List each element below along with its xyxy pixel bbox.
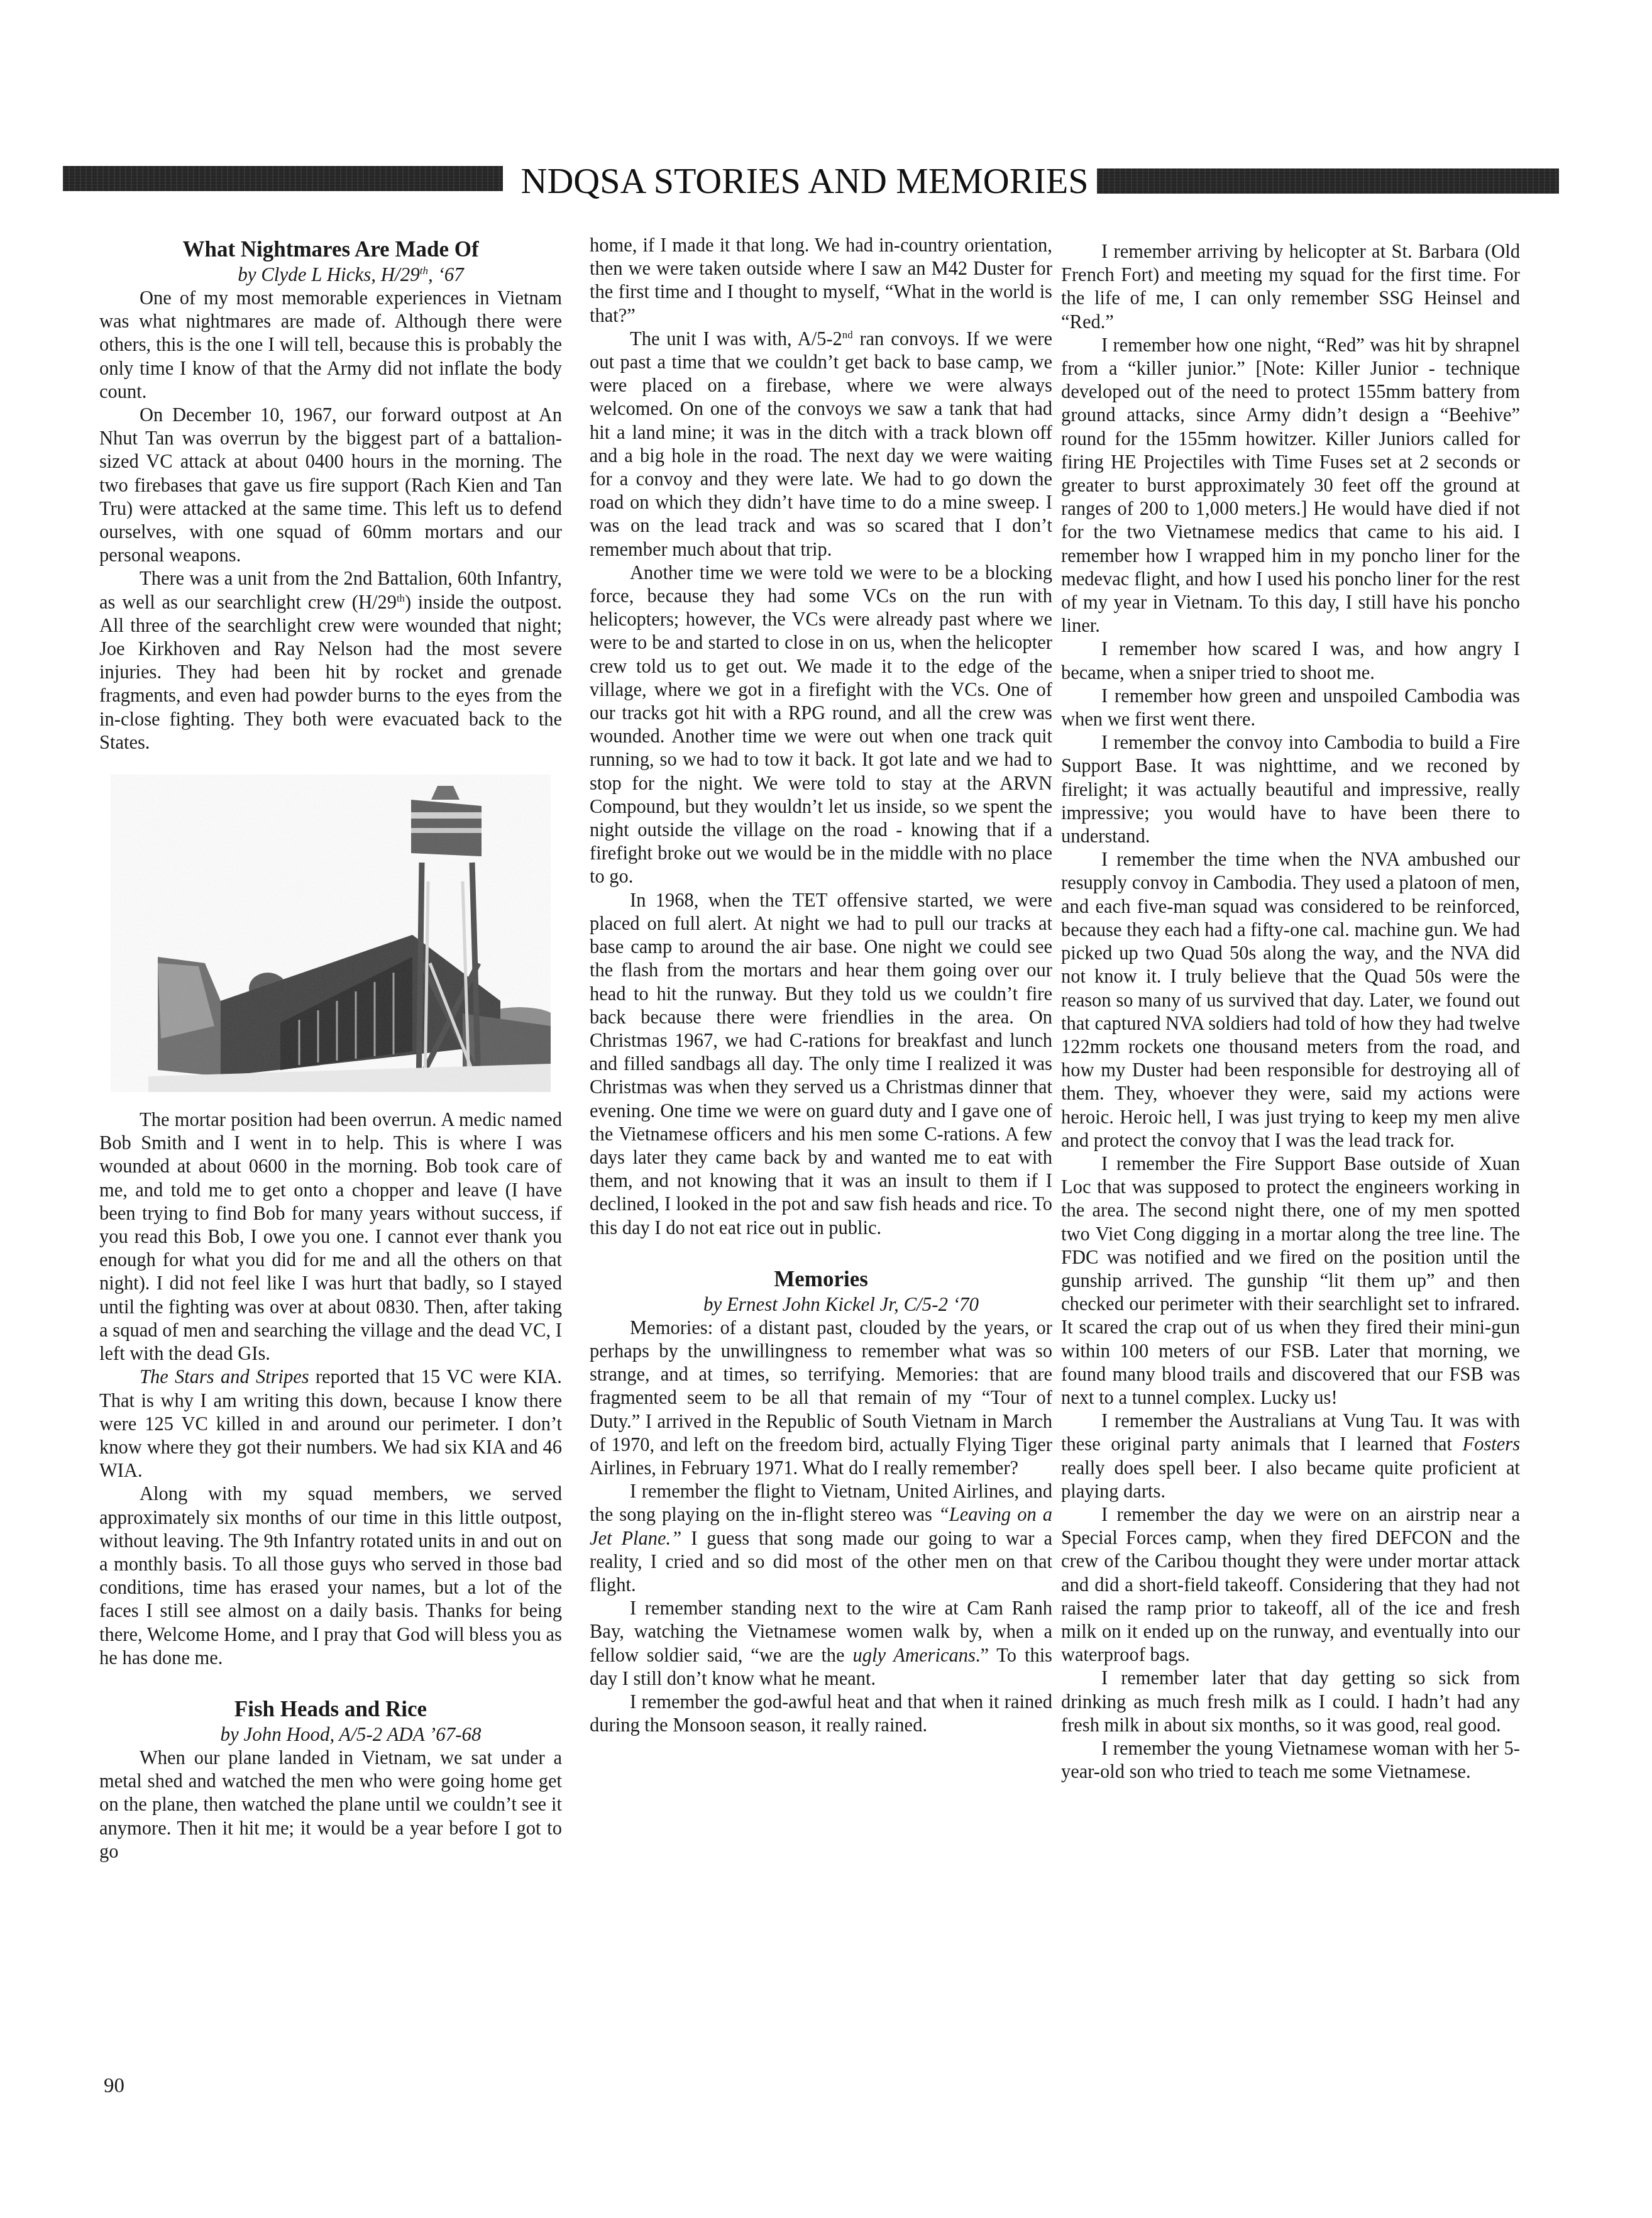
paragraph: The Stars and Stripes reported that 15 V… xyxy=(99,1366,562,1482)
section-header: NDQSA STORIES AND MEMORIES xyxy=(63,161,1559,199)
story-title: Memories xyxy=(590,1266,1052,1293)
paragraph: I remember how scared I was, and how ang… xyxy=(1061,637,1520,684)
paragraph: I remember arriving by helicopter at St.… xyxy=(1061,240,1520,334)
paragraph: On December 10, 1967, our forward outpos… xyxy=(99,404,562,567)
paragraph: I remember the Fire Support Base outside… xyxy=(1061,1152,1520,1410)
paragraph: One of my most memorable experiences in … xyxy=(99,287,562,404)
paragraph: There was a unit from the 2nd Battalion,… xyxy=(99,567,562,754)
header-bar-left xyxy=(63,166,503,191)
column-3: I remember arriving by helicopter at St.… xyxy=(1061,240,1520,1784)
section-title: NDQSA STORIES AND MEMORIES xyxy=(515,161,1094,201)
paragraph: When our plane landed in Vietnam, we sat… xyxy=(99,1746,562,1863)
photo-icon xyxy=(111,775,551,1092)
paragraph: I remember the convoy into Cambodia to b… xyxy=(1061,731,1520,848)
page-number: 90 xyxy=(104,2075,124,2098)
paragraph: I remember how one night, “Red” was hit … xyxy=(1061,334,1520,638)
story-byline: by John Hood, A/5-2 ADA ’67-68 xyxy=(99,1723,562,1746)
paragraph: Another time we were told we were to be … xyxy=(590,561,1052,889)
header-bar-right xyxy=(1097,168,1559,194)
column-2: home, if I made it that long. We had in-… xyxy=(590,234,1052,1737)
paragraph: Memories: of a distant past, clouded by … xyxy=(590,1316,1052,1480)
story-byline: by Clyde L Hicks, H/29th, ‘67 xyxy=(99,263,562,287)
paragraph: The unit I was with, A/5-2nd ran convoys… xyxy=(590,328,1052,561)
paragraph: I remember the flight to Vietnam, United… xyxy=(590,1480,1052,1597)
story-title: Fish Heads and Rice xyxy=(99,1696,562,1723)
paragraph-continued: home, if I made it that long. We had in-… xyxy=(590,234,1052,328)
paragraph: I remember the young Vietnamese woman wi… xyxy=(1061,1737,1520,1784)
paragraph: I remember the time when the NVA ambushe… xyxy=(1061,848,1520,1152)
paragraph: I remember how green and unspoiled Cambo… xyxy=(1061,685,1520,731)
story-byline: by Ernest John Kickel Jr, C/5-2 ‘70 xyxy=(590,1293,1052,1316)
column-1: What Nightmares Are Made Of by Clyde L H… xyxy=(99,236,562,1863)
paragraph: Along with my squad members, we served a… xyxy=(99,1482,562,1670)
paragraph: I remember later that day getting so sic… xyxy=(1061,1667,1520,1737)
story-title: What Nightmares Are Made Of xyxy=(99,236,562,263)
photo-watchtower-outpost xyxy=(111,775,551,1092)
paragraph: I remember the god-awful heat and that w… xyxy=(590,1691,1052,1737)
paragraph: I remember the Australians at Vung Tau. … xyxy=(1061,1410,1520,1503)
paragraph: The mortar position had been overrun. A … xyxy=(99,1108,562,1366)
paragraph: I remember standing next to the wire at … xyxy=(590,1597,1052,1691)
paragraph: I remember the day we were on an airstri… xyxy=(1061,1503,1520,1667)
paragraph: In 1968, when the TET offensive started,… xyxy=(590,889,1052,1240)
